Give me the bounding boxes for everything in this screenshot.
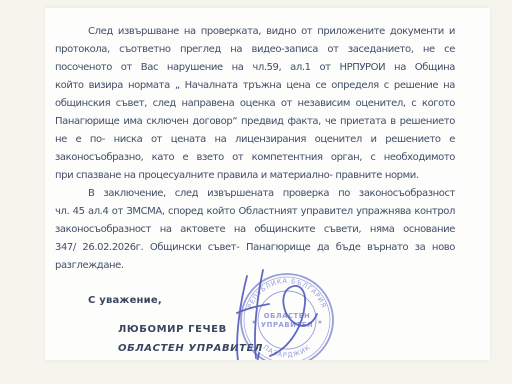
text-line: След извършване на проверката, видно от … (55, 23, 455, 41)
text-line: не е по- ниска от цената на лицензирания… (55, 131, 455, 149)
letter-body: След извършване на проверката, видно от … (55, 23, 455, 275)
document-page: След извършване на проверката, видно от … (45, 8, 490, 360)
paragraph-1: След извършване на проверката, видно от … (55, 23, 455, 185)
text-line: протокола, съответно преглед на видео-за… (55, 41, 455, 59)
text-line: В заключение, след извършената проверка … (55, 185, 455, 203)
stamp-star-right-icon: ★ (317, 319, 322, 326)
text-line: Панагюрище има сключен договор“ предвид … (55, 113, 455, 131)
text-line: чл. 45 ал.4 от ЗМСМА, според който Облас… (55, 203, 455, 221)
text-line: законосъобразност на актовете на общинск… (55, 221, 455, 239)
ink-layer: РЕПУБЛИКА БЪЛГАРИЯ ПАЗАРДЖИК ОБЛАСТЕН УП… (185, 258, 425, 360)
text-line: който визира нормата „ Началната тръжна … (55, 77, 455, 95)
text-line: при спазване на процесуалните правила и … (55, 167, 455, 185)
text-line: законосъобразно, като е взето от компете… (55, 149, 455, 167)
text-line: общинския съвет, след направена оценка о… (55, 95, 455, 113)
text-line: 347/ 26.02.2026г. Общински съвет- Панагю… (55, 239, 455, 257)
text-line: посоченото от Вас нарушение на чл.59, ал… (55, 59, 455, 77)
closing-salutation: С уважение, (88, 295, 162, 306)
